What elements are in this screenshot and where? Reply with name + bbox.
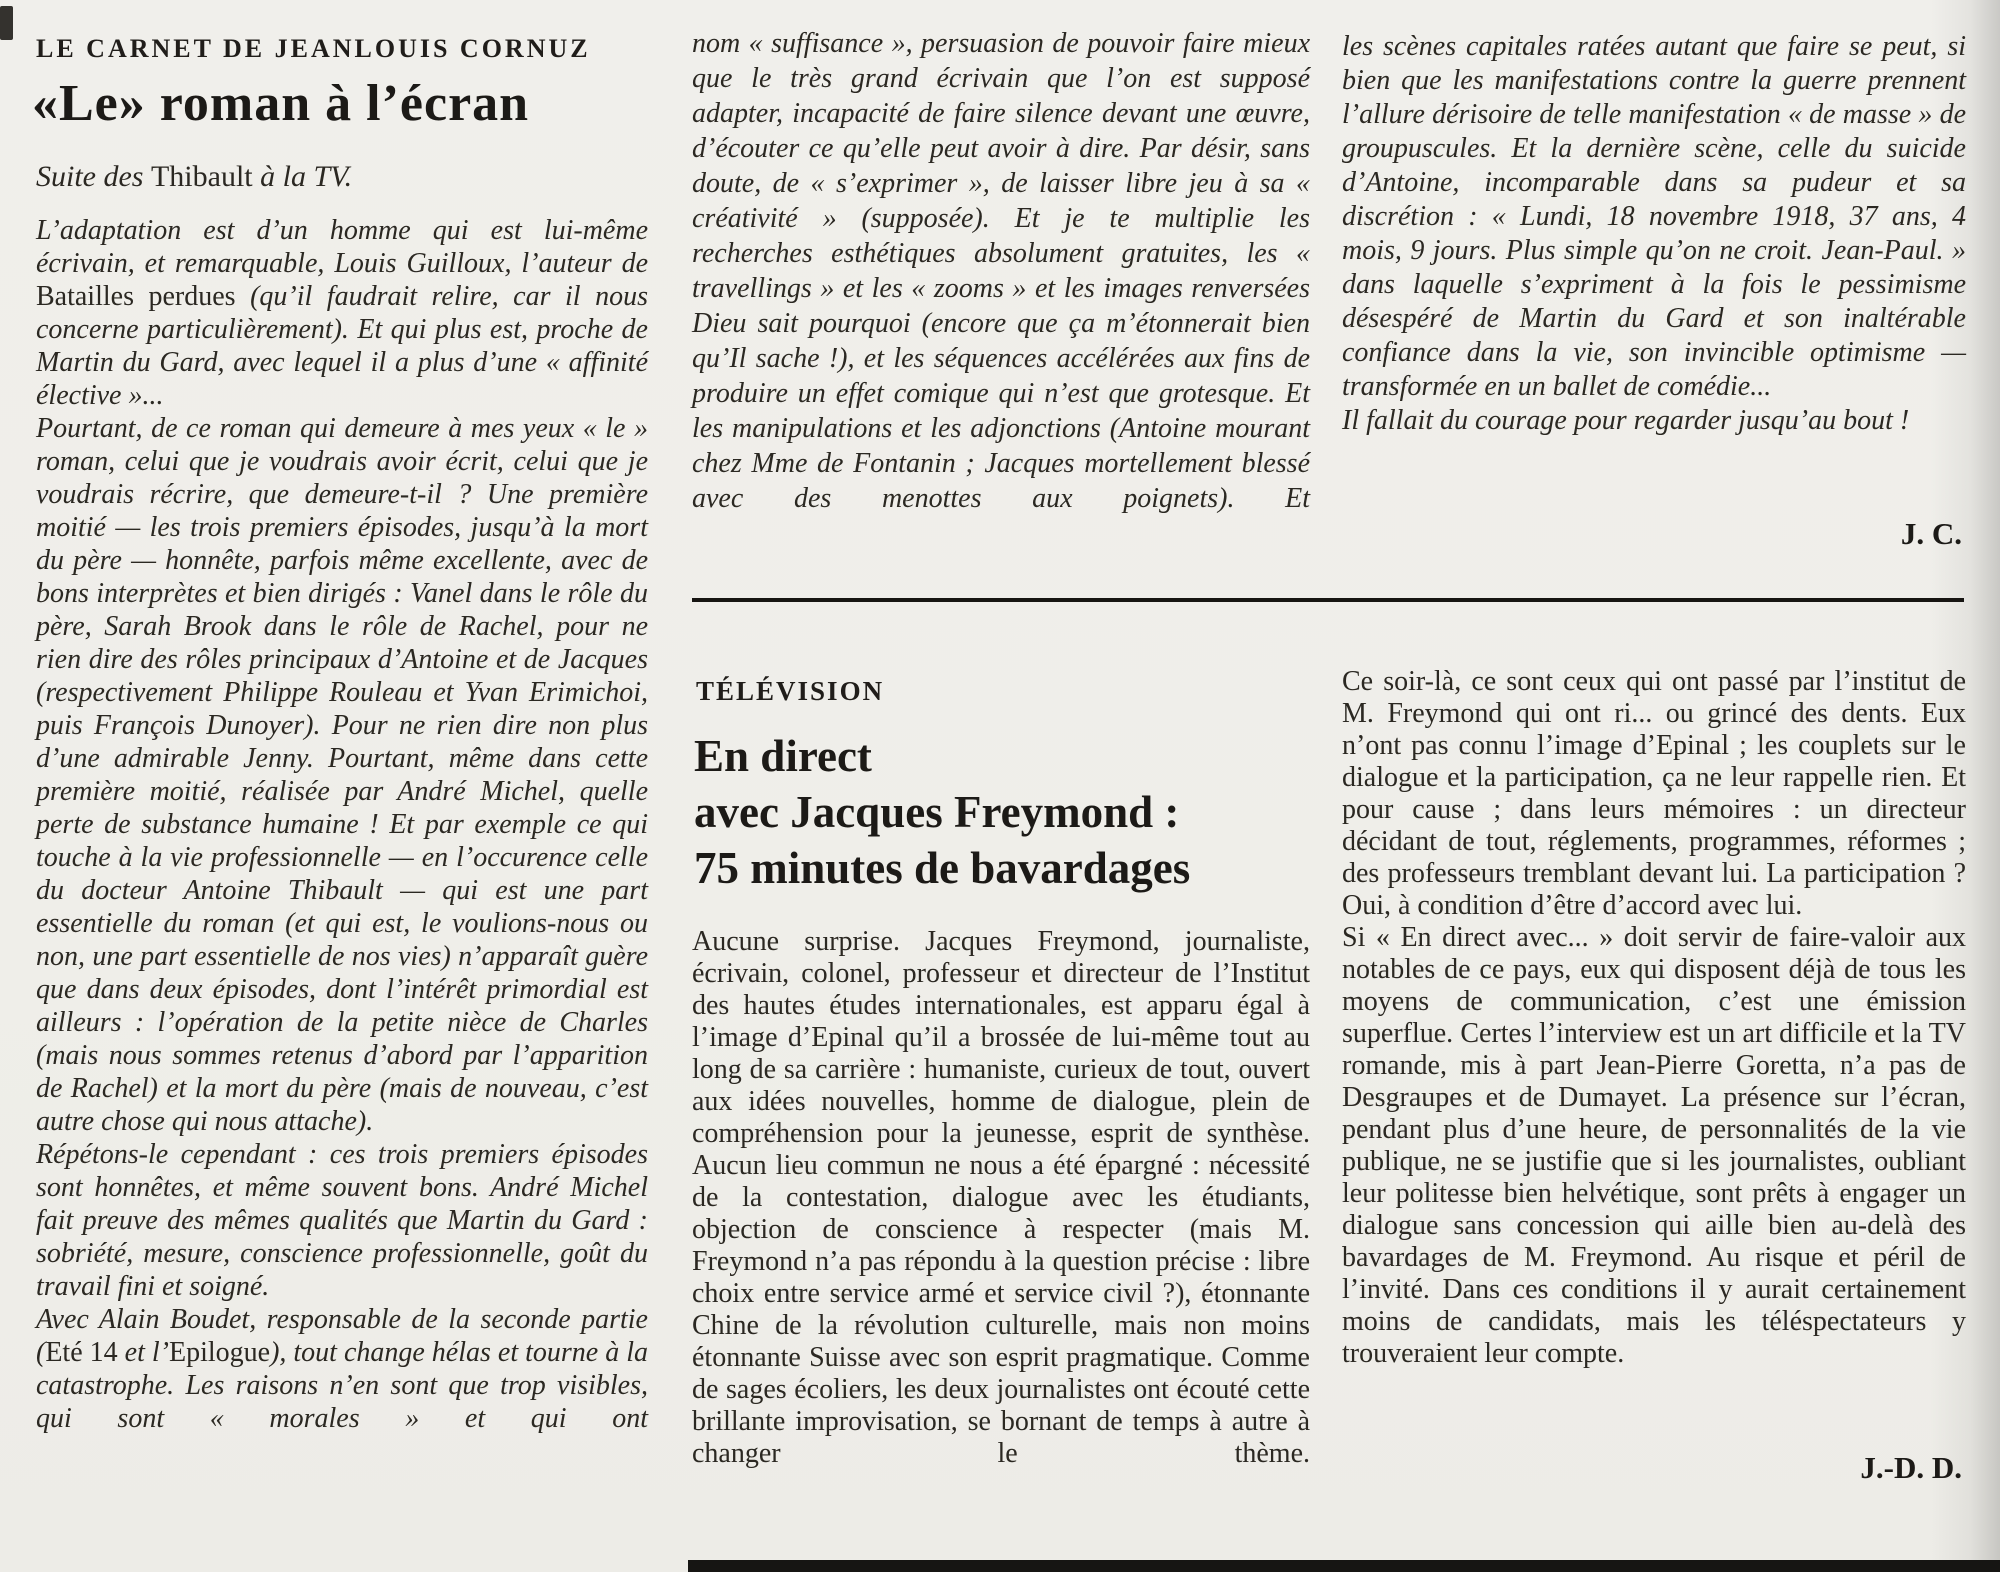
headline-line: 75 minutes de bavardages [694,840,1312,896]
paragraph: Aucune surprise. Jacques Freymond, journ… [692,926,1310,1470]
newspaper-page: LE CARNET DE JEANLOUIS CORNUZ «Le» roman… [0,0,2000,1572]
article1-column1-body: L’adaptation est d’un homme qui est lui-… [36,214,648,1435]
book-title: Epilogue [169,1337,270,1368]
article2-kicker: TÉLÉVISION [696,676,1308,707]
article2-headline: En direct avec Jacques Freymond : 75 min… [694,728,1312,896]
paragraph: Avec Alain Boudet, responsable de la sec… [36,1303,648,1435]
headline-line: avec Jacques Freymond : [694,784,1312,840]
paragraph: Répétons-le cependant : ces trois premie… [36,1138,648,1303]
book-title: Batailles perdues [36,281,236,312]
article1-dek: Suite des Thibault à la TV. [36,160,648,194]
scan-artifact [0,6,13,40]
section-divider-rule [692,598,1964,602]
paragraph: Ce soir-là, ce sont ceux qui ont passé p… [1342,666,1966,922]
article1-column3-continuation: les scènes capitales ratées autant que f… [1342,30,1966,438]
paragraph: nom « suffisance », persuasion de pouvoi… [692,26,1310,516]
book-title: Eté 14 [45,1337,117,1368]
article1-signature: J. C. [1342,516,1962,552]
dek-segment: à la TV. [253,160,352,193]
text-segment: et l’ [118,1337,169,1368]
article2-signature: J.-D. D. [1342,1450,1962,1486]
article1-column2-continuation: nom « suffisance », persuasion de pouvoi… [692,26,1310,516]
text-segment: L’adaptation est d’un homme qui est lui-… [36,215,648,279]
paragraph: Si « En direct avec... » doit servir de … [1342,922,1966,1370]
dek-segment-title: Thibault [151,160,253,193]
article1-headline: «Le» roman à l’écran [32,74,672,133]
bottom-edge-rule [688,1560,2000,1572]
paragraph: Il fallait du courage pour regarder jusq… [1342,404,1966,438]
article2-column2-body: Aucune surprise. Jacques Freymond, journ… [692,926,1310,1470]
dek-segment: Suite des [36,160,151,193]
paragraph: Pourtant, de ce roman qui demeure à mes … [36,412,648,1138]
paragraph: L’adaptation est d’un homme qui est lui-… [36,214,648,412]
article2-column3-body: Ce soir-là, ce sont ceux qui ont passé p… [1342,666,1966,1370]
article1-kicker: LE CARNET DE JEANLOUIS CORNUZ [36,34,648,64]
headline-line: En direct [694,728,1312,784]
paragraph: les scènes capitales ratées autant que f… [1342,30,1966,404]
